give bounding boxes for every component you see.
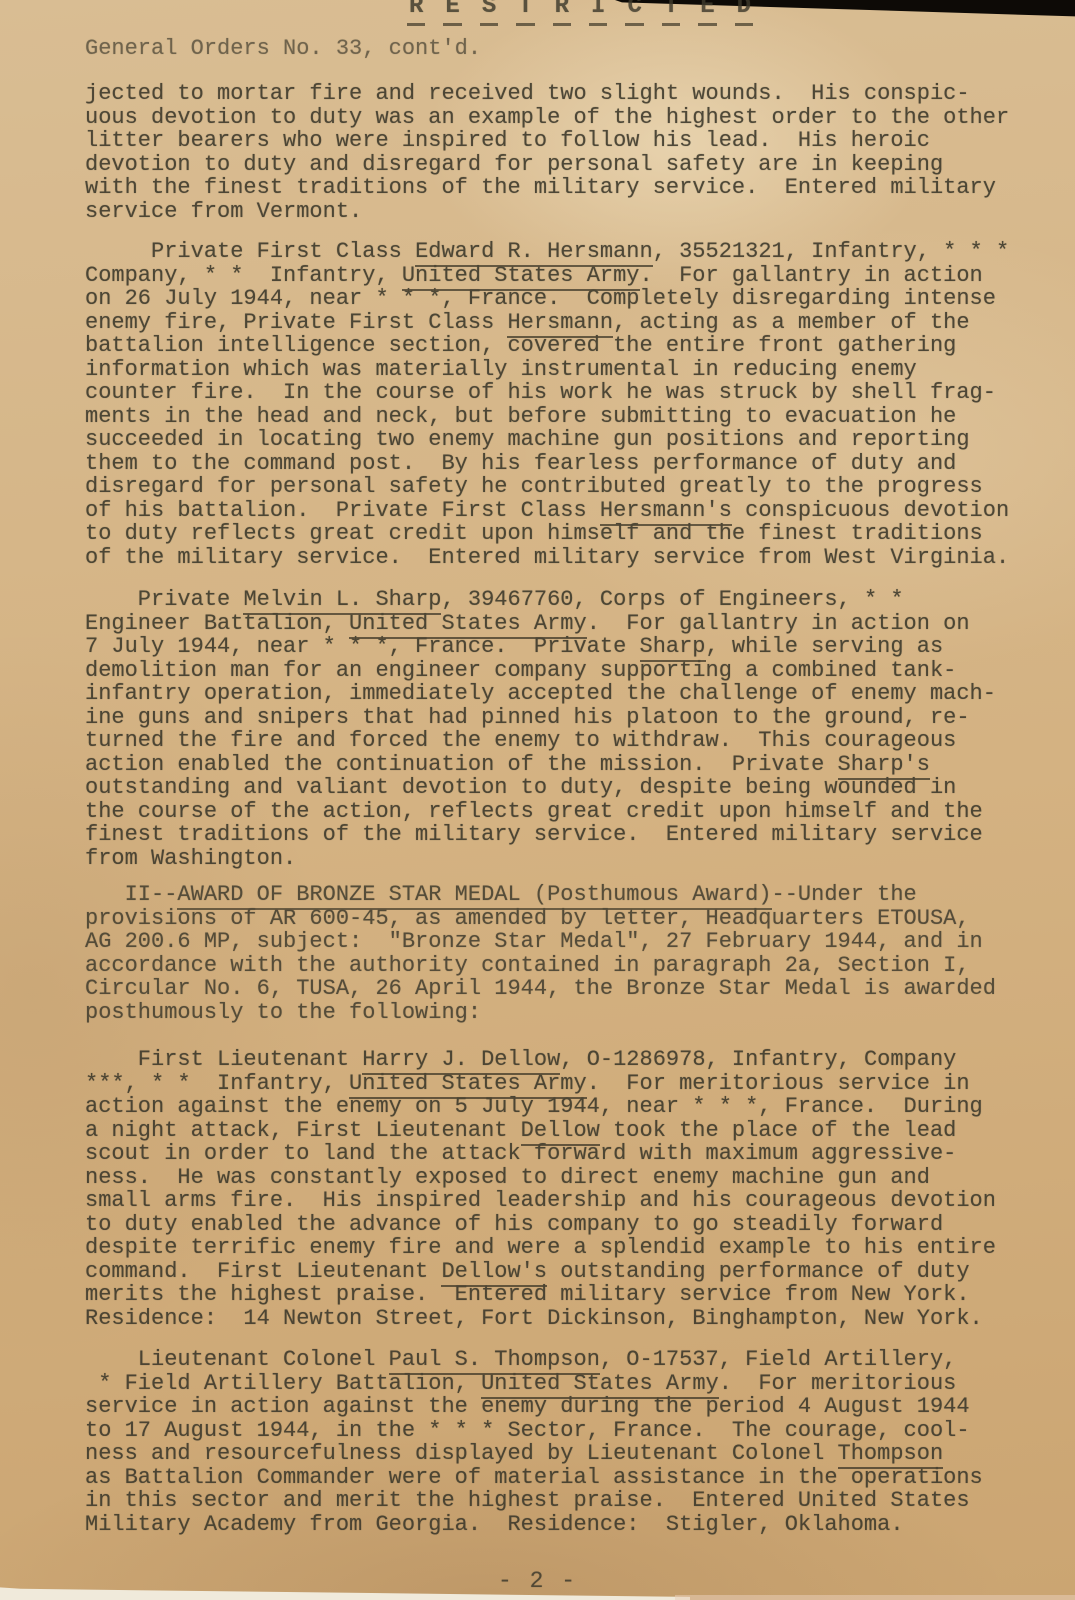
- scan-edge-bottom-right: [675, 1595, 1075, 1600]
- classification-banner: RESTRICTED: [398, 0, 762, 26]
- paragraph-continuation-vermont: jected to mortar fire and received two s…: [85, 82, 1045, 223]
- page-number: - 2 -: [0, 1568, 1075, 1594]
- paragraph-hersmann-citation: Private First Class Edward R. Hersmann, …: [85, 240, 1045, 569]
- paragraph-thompson-citation: Lieutenant Colonel Paul S. Thompson, O-1…: [85, 1348, 1045, 1536]
- order-continuation-line: General Orders No. 33, cont'd.: [85, 36, 481, 61]
- paragraph-sharp-citation: Private Melvin L. Sharp, 39467760, Corps…: [85, 588, 1045, 870]
- paragraph-dellow-citation: First Lieutenant Harry J. Dellow, O-1286…: [85, 1048, 1045, 1330]
- scanned-document-page: RESTRICTED General Orders No. 33, cont'd…: [0, 0, 1075, 1600]
- paragraph-bronze-star-section-heading: II--AWARD OF BRONZE STAR MEDAL (Posthumo…: [85, 883, 1045, 1024]
